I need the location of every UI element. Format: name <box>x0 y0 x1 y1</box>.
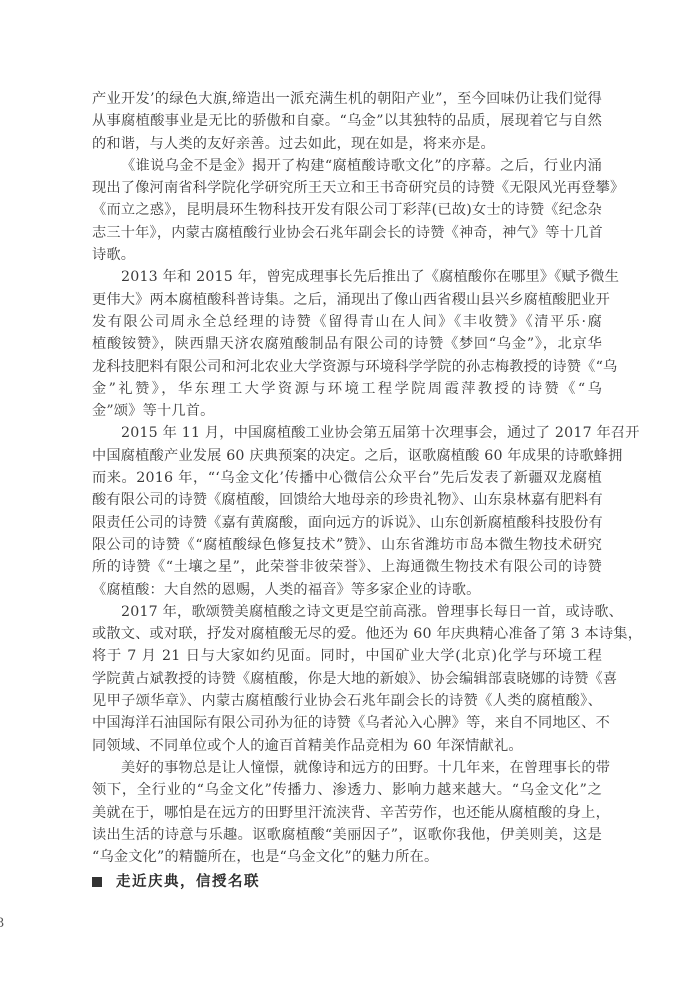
text-line: 诗歌。 <box>92 244 602 266</box>
text-line: 同领域、不同单位或个人的逾百首精美作品竞相为 60 年深情献礼。 <box>92 735 602 757</box>
text-line: 2017 年，歌颂赞美腐植酸之诗文更是空前高涨。曾理事长每日一首，或诗歌、 <box>92 601 602 623</box>
text-line: “乌金文化”的精髓所在，也是“乌金文化”的魅力所在。 <box>92 846 602 868</box>
text-line: 将于 7 月 21 日与大家如约见面。同时，中国矿业大学(北京)化学与环境工程 <box>92 645 602 667</box>
text-line: 限公司的诗赞《“腐植酸绿色修复技术”赞》、山东省潍坊市岛本微生物技术研究 <box>92 534 602 556</box>
text-line: 金”颂》等十几首。 <box>92 400 602 422</box>
text-line: 中国腐植酸产业发展 60 庆典预案的决定。之后，讴歌腐植酸 60 年成果的诗歌蜂… <box>92 445 602 467</box>
text-line: 《谁说乌金不是金》揭开了构建“腐植酸诗歌文化”的序幕。之后，行业内涌 <box>92 155 602 177</box>
section-heading: 走近庆典，信授名联 <box>92 870 602 894</box>
page-number: 8 <box>0 916 4 931</box>
text-line: 限责任公司的诗赞《嘉有黄腐酸，面向远方的诉说》、山东创新腐植酸科技股份有 <box>92 512 602 534</box>
document-page: 产业开发’的绿色大旗,缔造出一派充满生机的朝阳产业”，至今回味仍让我们觉得从事腐… <box>92 88 602 894</box>
square-bullet-icon <box>92 877 102 887</box>
text-line: 所的诗赞《“土壤之星”，此荣誉非彼荣誉》、上海通微生物技术有限公司的诗赞 <box>92 556 602 578</box>
text-line: 学院黄占斌教授的诗赞《腐植酸，你是大地的新娘》、协会编辑部袁晓娜的诗赞《喜 <box>92 668 602 690</box>
text-line: 的和谐，与人类的友好亲善。过去如此，现在如是，将来亦是。 <box>92 133 602 155</box>
text-line: 而来。2016 年，“‘乌金文化’传播中心微信公众平台”先后发表了新疆双龙腐植 <box>92 467 602 489</box>
text-line: 《而立之惑》，昆明晨环生物科技开发有限公司丁彩萍(已故)女士的诗赞《纪念杂 <box>92 199 602 221</box>
text-line: 领下，全行业的“乌金文化”传播力、渗透力、影响力越来越大。“乌金文化”之 <box>92 779 602 801</box>
text-line: 见甲子颂华章》、内蒙古腐植酸行业协会石兆年副会长的诗赞《人类的腐植酸》、 <box>92 690 602 712</box>
text-line: 2013 年和 2015 年，曾宪成理事长先后推出了《腐植酸你在哪里》《赋予微生 <box>92 266 602 288</box>
paragraph: 产业开发’的绿色大旗,缔造出一派充满生机的朝阳产业”，至今回味仍让我们觉得从事腐… <box>92 88 602 155</box>
text-line: 志三十年》，内蒙古腐植酸行业协会石兆年副会长的诗赞《神奇，神气》等十几首 <box>92 222 602 244</box>
text-line: 或散文、或对联，抒发对腐植酸无尽的爱。他还为 60 年庆典精心准备了第 3 本诗… <box>92 623 602 645</box>
text-line: 美就在于，哪怕是在远方的田野里汗流浃背、辛苦劳作，也还能从腐植酸的身上， <box>92 802 602 824</box>
text-line: 现出了像河南省科学院化学研究所王天立和王书奇研究员的诗赞《无限风光再登攀》 <box>92 177 602 199</box>
text-line: 酸有限公司的诗赞《腐植酸，回馈给大地母亲的珍贵礼物》、山东泉林嘉有肥料有 <box>92 489 602 511</box>
text-line: 发有限公司周永全总经理的诗赞《留得青山在人间》《丰收赞》《清平乐·腐 <box>92 311 602 333</box>
text-line: 产业开发’的绿色大旗,缔造出一派充满生机的朝阳产业”，至今回味仍让我们觉得 <box>92 88 602 110</box>
paragraph: 2013 年和 2015 年，曾宪成理事长先后推出了《腐植酸你在哪里》《赋予微生… <box>92 266 602 422</box>
text-line: 植酸铵赞》，陕西鼎天济农腐殖酸制品有限公司的诗赞《梦回“乌金”》，北京华 <box>92 333 602 355</box>
paragraph: 2017 年，歌颂赞美腐植酸之诗文更是空前高涨。曾理事长每日一首，或诗歌、或散文… <box>92 601 602 757</box>
section-heading-text: 走近庆典，信授名联 <box>116 871 260 893</box>
paragraph: 2015 年 11 月，中国腐植酸工业协会第五届第十次理事会，通过了 2017 … <box>92 422 602 600</box>
text-line: 更伟大》两本腐植酸科普诗集。之后，涌现出了像山西省稷山县兴乡腐植酸肥业开 <box>92 289 602 311</box>
text-line: 龙科技肥料有限公司和河北农业大学资源与环境科学学院的孙志梅教授的诗赞《“乌 <box>92 356 602 378</box>
text-line: 读出生活的诗意与乐趣。讴歌腐植酸“美丽因子”，讴歌你我他，伊美则美，这是 <box>92 824 602 846</box>
text-line: 从事腐植酸事业是无比的骄傲和自豪。“乌金”以其独特的品质，展现着它与自然 <box>92 110 602 132</box>
paragraph: 《谁说乌金不是金》揭开了构建“腐植酸诗歌文化”的序幕。之后，行业内涌现出了像河南… <box>92 155 602 266</box>
paragraph: 美好的事物总是让人憧憬，就像诗和远方的田野。十几年来，在曾理事长的带领下，全行业… <box>92 757 602 868</box>
text-line: 中国海洋石油国际有限公司孙为征的诗赞《乌者沁入心脾》等，来自不同地区、不 <box>92 712 602 734</box>
text-line: 《腐植酸：大自然的恩赐，人类的福音》等多家企业的诗歌。 <box>92 579 602 601</box>
text-line: 金”礼赞》，华东理工大学资源与环境工程学院周霞萍教授的诗赞《“乌 <box>92 378 602 400</box>
text-line: 美好的事物总是让人憧憬，就像诗和远方的田野。十几年来，在曾理事长的带 <box>92 757 602 779</box>
text-line: 2015 年 11 月，中国腐植酸工业协会第五届第十次理事会，通过了 2017 … <box>92 422 602 444</box>
